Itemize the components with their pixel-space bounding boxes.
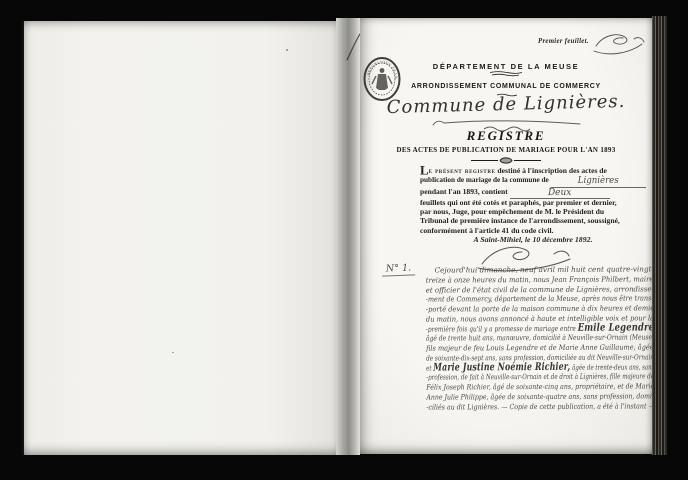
registre-title: REGISTRE: [360, 128, 652, 144]
text-segment: Anne Julie Philippe, âgée de soixante-qu…: [426, 391, 654, 401]
text-line: conformément à l'article 41 du code civi…: [420, 226, 646, 235]
double-rule-ornament-icon: [489, 71, 523, 77]
text-line: -ciliés au dit Lignières. — Copie de cet…: [426, 401, 622, 412]
text-segment: e présent registre: [429, 166, 496, 175]
arrondissement-heading: ARRONDISSEMENT COMMUNAL DE COMMERCY: [360, 83, 652, 90]
registre-subtitle: DES ACTES DE PUBLICATION DE MARIAGE POUR…: [360, 146, 652, 154]
text-segment: -porté devant la porte de la maison comm…: [426, 303, 654, 313]
act-number-margin-note: N° 1.: [382, 262, 416, 276]
department-heading: DÉPARTEMENT DE LA MEUSE: [360, 62, 652, 71]
text-segment: treize à onze heures du matin, nous Jean…: [426, 274, 654, 284]
emphasized-name: Marie Justine Noémie Richier,: [433, 360, 570, 373]
book-fore-edge: [652, 16, 667, 455]
text-segment: -ciliés au dit Lignières. — Copie de cet…: [426, 401, 654, 411]
text-segment: publication de mariage de la commune de: [420, 175, 551, 184]
text-line: Le présent registre destiné à l'inscript…: [420, 166, 646, 175]
book-gutter: [336, 18, 360, 455]
divider-ornament-icon: [471, 156, 541, 165]
ink-speck: [172, 352, 174, 353]
text-line: publication de mariage de la commune de …: [420, 175, 636, 186]
text-segment: destiné à l'inscription des actes de: [496, 166, 607, 175]
text-line: par nous, Juge, pour empêchement de M. l…: [420, 207, 646, 216]
text-line: feuillets qui ont été cotés et paraphés,…: [420, 198, 646, 207]
text-segment: et officier de l'état civil de la commun…: [426, 284, 654, 294]
premier-feuillet-note: Premier feuillet.: [538, 38, 589, 45]
text-segment: conformément à l'article 41 du code civi…: [420, 226, 554, 235]
text-segment: Félix Joseph Richier, âgé de soixante-ci…: [426, 381, 654, 391]
scanned-register-photo: Premier feuillet. RÉPUBLIQUE FRANÇAISE D…: [0, 0, 688, 480]
text-segment: par nous, Juge, pour empêchement de M. l…: [420, 207, 604, 216]
text-segment: -première fois qu'il y a promesse de mar…: [426, 323, 578, 333]
text-segment: -ment de Commercy, département de la Meu…: [426, 294, 654, 304]
emphasized-name: Emile Legendre: [578, 321, 654, 333]
text-segment: fils majeur de feu Louis Legendre et de …: [426, 342, 654, 352]
commune-handwritten-title: Commune de Lignières.: [360, 90, 652, 119]
text-segment: âgée de trente-deux ans, sans: [570, 362, 654, 371]
register-page: Premier feuillet. RÉPUBLIQUE FRANÇAISE D…: [360, 18, 652, 454]
text-segment: pendant l'an 1893, contient: [420, 187, 510, 196]
text-segment: Tribunal de première instance de l'arron…: [420, 216, 620, 225]
text-segment: Cejourd'hui dimanche, neuf avril mil hui…: [435, 264, 654, 274]
preamble-text: Le présent registre destiné à l'inscript…: [420, 166, 646, 235]
text-segment: et: [426, 363, 433, 372]
text-segment: âgé de trente huit ans, manœuvre, domici…: [426, 333, 654, 343]
emphasized-name: Lignières: [551, 177, 646, 187]
text-line: pendant l'an 1893, contient Deux: [420, 187, 646, 198]
left-blank-page: [22, 21, 336, 455]
text-segment: feuillets qui ont été cotés et paraphés,…: [420, 198, 617, 207]
judge-paraph-icon: [590, 30, 646, 58]
ink-speck: [286, 49, 288, 51]
text-line: Tribunal de première instance de l'arron…: [420, 216, 646, 225]
text-segment: -profession, de fait à Neuville-sur-Orna…: [426, 372, 654, 382]
marriage-publication-act-text: Cejourd'hui dimanche, neuf avril mil hui…: [426, 264, 655, 411]
emphasized-name: Deux: [510, 189, 610, 199]
